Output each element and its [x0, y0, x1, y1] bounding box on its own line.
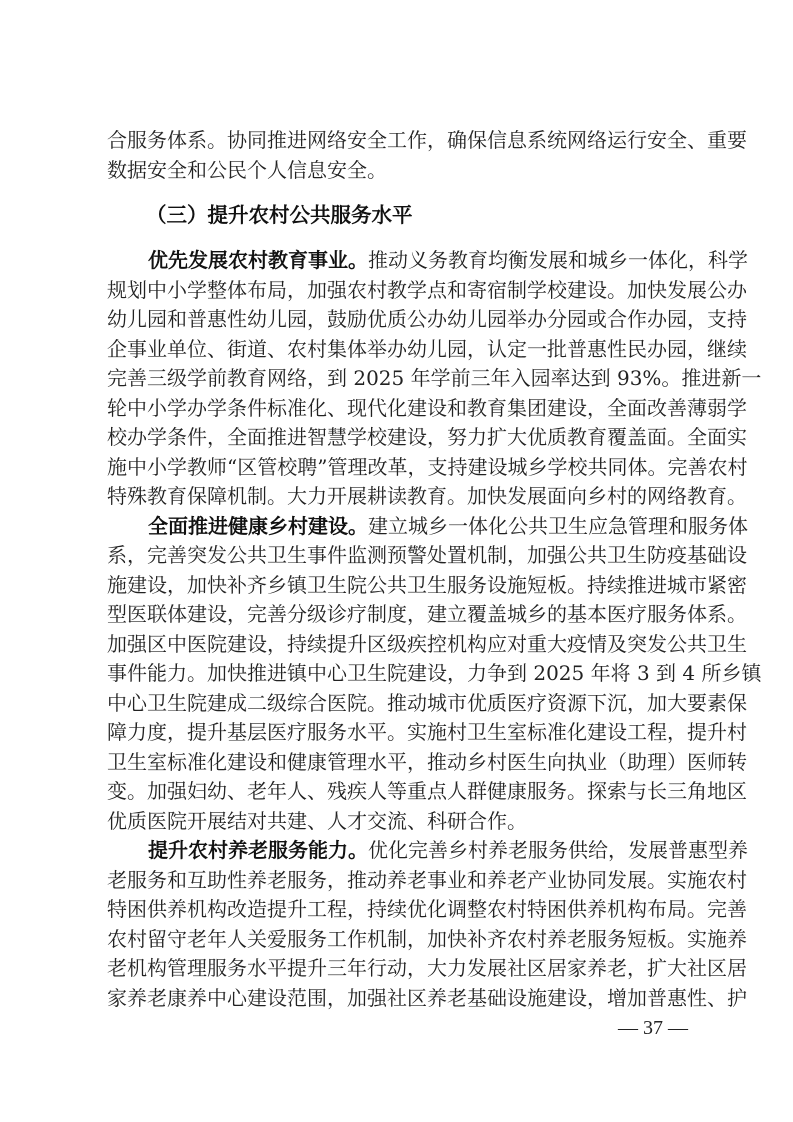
page-number: — 37 — [612, 1014, 688, 1042]
paragraph-health-line-3: 施建设，加快补齐乡镇卫生院公共卫生服务设施短板。持续推进城市紧密 [107, 570, 688, 600]
paragraph-education-line-5: 完善三级学前教育网络，到 2025 年学前三年入园率达到 93%。推进新一 [107, 363, 688, 393]
paragraph-elderly-line-4: 农村留守老年人关爱服务工作机制，加快补齐农村养老服务短板。实施养 [107, 924, 688, 954]
paragraph-education-text: 推动义务教育均衡发展和城乡一体化，科学 [368, 248, 748, 272]
paragraph-health-line-5: 加强区中医院建设，持续提升区级疾控机构应对重大疫情及突发公共卫生 [107, 629, 688, 659]
paragraph-health-line-2: 系，完善突发公共卫生事件监测预警处置机制，加强公共卫生防疫基础设 [107, 540, 688, 570]
intro-line-1: 合服务体系。协同推进网络安全工作，确保信息系统网络运行安全、重要 [107, 125, 688, 155]
document-page: 合服务体系。协同推进网络安全工作，确保信息系统网络运行安全、重要 数据安全和公民… [0, 0, 793, 1122]
paragraph-education-line-6: 轮中小学办学条件标准化、现代化建设和教育集团建设，全面改善薄弱学 [107, 393, 688, 423]
paragraph-health-line-11: 优质医院开展结对共建、人才交流、科研合作。 [107, 806, 688, 836]
paragraph-education-line-7: 校办学条件，全面推进智慧学校建设，努力扩大优质教育覆盖面。全面实 [107, 422, 688, 452]
paragraph-health-line-9: 卫生室标准化建设和健康管理水平，推动乡村医生向执业（助理）医师转 [107, 747, 688, 777]
paragraph-health-text: 建立城乡一体化公共卫生应急管理和服务体 [368, 514, 748, 538]
paragraph-elderly-text: 优化完善乡村养老服务供给，发展普惠型养 [368, 838, 748, 862]
paragraph-education-line-1: 优先发展农村教育事业。推动义务教育均衡发展和城乡一体化，科学 [148, 245, 688, 275]
paragraph-elderly-line-2: 老服务和互助性养老服务，推动养老事业和养老产业协同发展。实施农村 [107, 865, 688, 895]
paragraph-elderly-line-1: 提升农村养老服务能力。优化完善乡村养老服务供给，发展普惠型养 [148, 835, 688, 865]
paragraph-elderly-line-6: 家养老康养中心建设范围，加强社区养老基础设施建设，增加普惠性、护 [107, 983, 688, 1013]
paragraph-health-line-10: 变。加强妇幼、老年人、残疾人等重点人群健康服务。探索与长三角地区 [107, 776, 688, 806]
paragraph-health-line-6: 事件能力。加快推进镇中心卫生院建设，力争到 2025 年将 3 到 4 所乡镇 [107, 658, 688, 688]
paragraph-elderly-lead: 提升农村养老服务能力。 [148, 838, 368, 862]
paragraph-education-lead: 优先发展农村教育事业。 [148, 248, 368, 272]
paragraph-education-line-9: 特殊教育保障机制。大力开展耕读教育。加快发展面向乡村的网络教育。 [107, 481, 688, 511]
intro-line-2: 数据安全和公民个人信息安全。 [107, 155, 688, 185]
paragraph-health-line-1: 全面推进健康乡村建设。建立城乡一体化公共卫生应急管理和服务体 [148, 511, 688, 541]
paragraph-education-line-3: 幼儿园和普惠性幼儿园，鼓励优质公办幼儿园举办分园或合作办园，支持 [107, 304, 688, 334]
paragraph-health-line-4: 型医联体建设，完善分级诊疗制度，建立覆盖城乡的基本医疗服务体系。 [107, 599, 688, 629]
paragraph-elderly-line-5: 老机构管理服务水平提升三年行动，大力发展社区居家养老，扩大社区居 [107, 953, 688, 983]
section-heading: （三）提升农村公共服务水平 [146, 200, 413, 230]
paragraph-education-line-8: 施中小学教师“区管校聘”管理改革，支持建设城乡学校共同体。完善农村 [107, 452, 688, 482]
paragraph-health-lead: 全面推进健康乡村建设。 [148, 514, 368, 538]
paragraph-elderly-line-3: 特困供养机构改造提升工程，持续优化调整农村特困供养机构布局。完善 [107, 894, 688, 924]
paragraph-health-line-8: 障力度，提升基层医疗服务水平。实施村卫生室标准化建设工程，提升村 [107, 717, 688, 747]
paragraph-education-line-4: 企事业单位、街道、农村集体举办幼儿园，认定一批普惠性民办园，继续 [107, 334, 688, 364]
paragraph-education-line-2: 规划中小学整体布局，加强农村教学点和寄宿制学校建设。加快发展公办 [107, 275, 688, 305]
paragraph-health-line-7: 中心卫生院建成二级综合医院。推动城市优质医疗资源下沉，加大要素保 [107, 688, 688, 718]
